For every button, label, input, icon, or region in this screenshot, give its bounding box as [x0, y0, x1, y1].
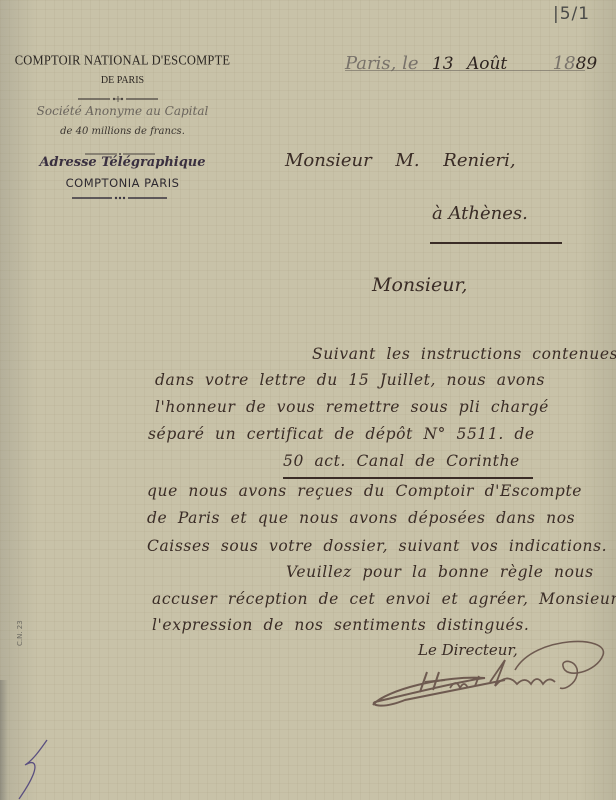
letterhead-societe: Société Anonyme au Capital: [0, 104, 245, 118]
letterhead-capital: de 40 millions de francs.: [0, 126, 245, 137]
letterhead-telegraph-label: Adresse Télégraphique: [0, 155, 245, 170]
letterhead-telegraph-address: COMPTONIA PARIS: [0, 176, 245, 190]
body-line: l'honneur de vous remettre sous pli char…: [155, 398, 549, 416]
archive-number: |5/1: [553, 4, 590, 24]
dateline-rule: [345, 70, 585, 71]
recipient-underline: [430, 242, 562, 244]
body-line: que nous avons reçues du Comptoir d'Esco…: [147, 482, 582, 500]
shares-underline: [283, 477, 533, 479]
pencil-mark-icon: [15, 735, 55, 800]
ornament-divider-icon: [72, 196, 167, 200]
body-line: Veuillez pour la bonne règle nous: [286, 563, 594, 581]
signature-icon: [365, 620, 616, 710]
body-line: dans votre lettre du 15 Juillet, nous av…: [155, 371, 545, 389]
ornament-divider-icon: [78, 96, 158, 102]
letterhead-company: COMPTOIR NATIONAL D'ESCOMPTE: [0, 52, 245, 69]
dateline-day: 13: [432, 54, 454, 74]
salutation: Monsieur,: [372, 274, 467, 296]
dateline-month: Août: [467, 54, 507, 74]
body-line: Caisses sous votre dossier, suivant vos …: [147, 537, 607, 555]
page-edge-shadow: [0, 680, 8, 800]
body-line: accuser réception de cet envoi et agréer…: [152, 590, 616, 608]
letterhead-city: DE PARIS: [0, 75, 245, 86]
recipient-name: Monsieur M. Renieri,: [285, 150, 516, 171]
body-line-shares: 50 act. Canal de Corinthe: [283, 452, 520, 470]
recipient-city: à Athènes.: [432, 203, 528, 224]
side-code: C.N. 23: [16, 620, 24, 646]
body-line: Suivant les instructions contenues: [312, 345, 616, 363]
body-line: séparé un certificat de dépôt N° 5511. d…: [148, 425, 535, 443]
dateline-year-suffix: 89: [576, 54, 598, 74]
body-line: de Paris et que nous avons déposées dans…: [147, 509, 575, 527]
